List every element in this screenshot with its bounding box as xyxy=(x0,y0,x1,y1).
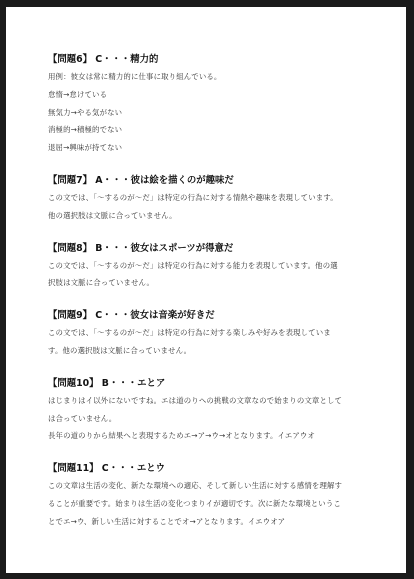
text-line: 退屈→興味が持てない xyxy=(48,139,378,157)
question-9-heading: 【問題9】 C・・・彼女は音楽が好きだ xyxy=(48,308,378,324)
text-line: ることが重要です。始まりは生活の変化つまりイが適切です。次に新たな環境というこ xyxy=(48,495,378,513)
text-line: この文では、「〜するのが〜だ」は特定の行為に対する能力を表現しています。他の選 xyxy=(48,257,378,275)
question-6-heading: 【問題6】 C・・・精力的 xyxy=(48,52,378,68)
text-line: 用例：彼女は常に精力的に仕事に取り組んでいる。 xyxy=(48,68,378,86)
question-10-section: 【問題10】 B・・・エとア はじまりはイ以外にないですね。エは道のりへの挑戦の… xyxy=(48,376,378,445)
question-11-heading: 【問題11】 C・・・エとウ xyxy=(48,461,378,477)
question-9-section: 【問題9】 C・・・彼女は音楽が好きだ この文では、「〜するのが〜だ」は特定の行… xyxy=(48,308,378,360)
text-line: この文では、「〜するのが〜だ」は特定の行為に対する情熱や趣味を表現しています。 xyxy=(48,189,378,207)
question-7-heading: 【問題7】 A・・・彼は絵を描くのが趣味だ xyxy=(48,173,378,189)
question-11-section: 【問題11】 C・・・エとウ この文章は生活の変化、新たな環境への適応、そして新… xyxy=(48,461,378,530)
text-line: は合っていません。 xyxy=(48,410,378,428)
question-7-section: 【問題7】 A・・・彼は絵を描くのが趣味だ この文では、「〜するのが〜だ」は特定… xyxy=(48,173,378,225)
text-line: 長年の道のりから結果へと表現するためエ→ア→ウ→オとなります。イエアウオ xyxy=(48,427,378,445)
text-line: す。他の選択肢は文脈に合っていません。 xyxy=(48,342,378,360)
text-line: はじまりはイ以外にないですね。エは道のりへの挑戦の文章なので始まりの文章として xyxy=(48,392,378,410)
text-line: 怠惰→怠けている xyxy=(48,86,378,104)
text-line: 消極的→積極的でない xyxy=(48,121,378,139)
question-8-section: 【問題8】 B・・・彼女はスポーツが得意だ この文では、「〜するのが〜だ」は特定… xyxy=(48,241,378,293)
text-line: この文では、「〜するのが〜だ」は特定の行為に対する楽しみや好みを表現していま xyxy=(48,324,378,342)
text-line: 無気力→やる気がない xyxy=(48,104,378,122)
document-page: 【問題6】 C・・・精力的 用例：彼女は常に精力的に仕事に取り組んでいる。 怠惰… xyxy=(6,7,406,573)
text-line: 他の選択肢は文脈に合っていません。 xyxy=(48,207,378,225)
question-10-heading: 【問題10】 B・・・エとア xyxy=(48,376,378,392)
text-line: とでエ→ウ、新しい生活に対することでオ→アとなります。イエウオア xyxy=(48,513,378,531)
question-8-heading: 【問題8】 B・・・彼女はスポーツが得意だ xyxy=(48,241,378,257)
text-line: 択肢は文脈に合っていません。 xyxy=(48,274,378,292)
text-line: この文章は生活の変化、新たな環境への適応、そして新しい生活に対する感情を理解す xyxy=(48,477,378,495)
question-6-section: 【問題6】 C・・・精力的 用例：彼女は常に精力的に仕事に取り組んでいる。 怠惰… xyxy=(48,52,378,157)
answer-explanations: 【問題6】 C・・・精力的 用例：彼女は常に精力的に仕事に取り組んでいる。 怠惰… xyxy=(48,52,378,547)
